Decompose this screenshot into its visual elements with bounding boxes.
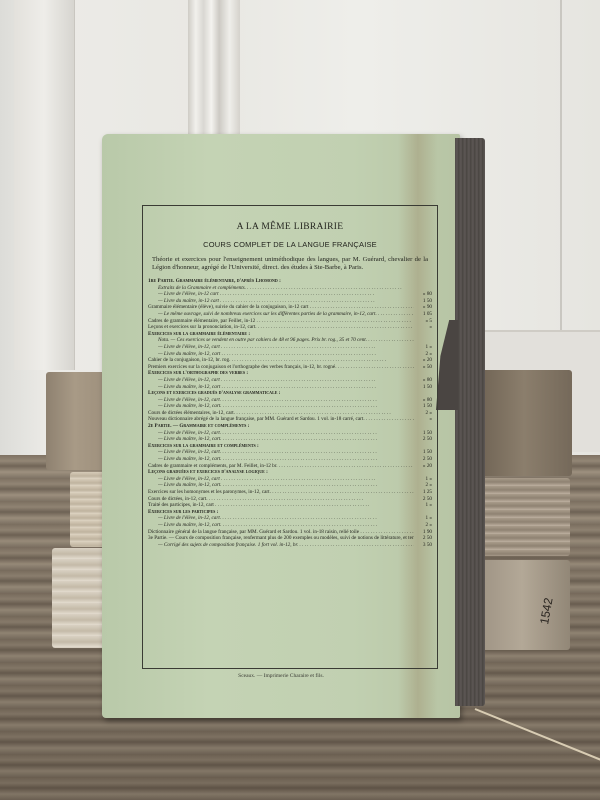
entry-title: Grammaire élémentaire (élève), suivie du… (148, 304, 414, 311)
entry-title: Exercices sur l'orthographe des verbes : (148, 370, 248, 377)
entry-price (414, 370, 432, 377)
catalog-entry: Exercices sur la grammaire élémentaire : (148, 331, 432, 338)
catalog-entry: Cahier de la conjugaison, in-12, br. rog… (148, 357, 432, 364)
entry-title: Cours de dictées élémentaires, in-12, ca… (148, 410, 391, 417)
entry-title: Dictionnaire général de la langue frança… (148, 529, 414, 536)
catalog-entry: Premiers exercices sur la conjugaison et… (148, 364, 432, 371)
catalog-entry: — Livre du maître, in-12, cart.2 » (148, 482, 432, 489)
entry-price: 2 50 (414, 436, 432, 443)
catalog-entry: — Livre de l'élève, in-12, cart.1 50 (148, 449, 432, 456)
catalog-entry: — Livre de l'élève, in-12, cart.» 80 (148, 397, 432, 404)
entry-title: Cahier de la conjugaison, in-12, br. rog… (148, 357, 386, 364)
entry-price: 1 25 (414, 489, 432, 496)
catalog-entry: — Livre de l'élève, in-12, cart.1 50 (148, 430, 432, 437)
entry-price: 1 50 (414, 384, 432, 391)
entry-price: » 80 (414, 291, 432, 298)
entry-price: 2 50 (414, 456, 432, 463)
entry-title: Nota. — Ces exercices se vendent en outr… (158, 337, 414, 344)
catalog-entry: Leçons et exercices gradués d'analyse gr… (148, 390, 432, 397)
entry-title: — Livre du maître, in-12, cart (158, 384, 376, 391)
entry-title: — Corrigé des sujets de composition fran… (158, 542, 414, 549)
entry-price (414, 443, 432, 450)
entry-price: 2 » (414, 522, 432, 529)
entry-price (414, 469, 432, 476)
entry-price: » 20 (414, 357, 432, 364)
entry-title: Cours de dictées, in-12, cart. (148, 496, 363, 503)
catalog-entry: Exercices sur l'orthographe des verbes : (148, 370, 432, 377)
entry-price: 1 50 (414, 298, 432, 305)
entry-title: — Livre du maître, in-12, cart. (158, 436, 377, 443)
entry-price: 1 » (414, 344, 432, 351)
background-book-right-bottom (474, 560, 570, 650)
entry-price (414, 331, 432, 338)
entry-price: 1 50 (414, 403, 432, 410)
entry-price: » 20 (414, 463, 432, 470)
catalog-entry: — Livre du maître, in-12, cart.2 » (148, 522, 432, 529)
entry-title: Cadres de grammaire et compléments, par … (148, 463, 414, 470)
entry-price: » 80 (414, 397, 432, 404)
catalog-entry: — Livre du maître, in-12, cart1 50 (148, 384, 432, 391)
catalog-entry: — Livre de l'élève, in-12, cart1 » (148, 476, 432, 483)
entry-title: — Livre du maître, in-12, cart. (158, 482, 377, 489)
entry-price (414, 278, 432, 285)
entry-title: Traité des participes, in-12, cart (148, 502, 369, 509)
entry-price (414, 423, 432, 430)
book-spine (455, 138, 485, 706)
entry-title: Extraits de la Grammaire et compléments. (158, 285, 402, 292)
entry-title: — Livre du maître, in-12, cart. (158, 522, 377, 529)
catalog-entry: — Livre du maître, in-12, cart2 » (148, 351, 432, 358)
entry-price: 1 05 (414, 311, 432, 318)
entry-title: — Livre du maître, in-12, cart. (158, 456, 377, 463)
catalog-entry: 1re Partie. Grammaire élémentaire, d'apr… (148, 278, 432, 285)
entry-title: Exercices sur les homonymes et les paron… (148, 489, 414, 496)
catalog-entry: — Livre de l'élève, in-12, cart» 80 (148, 377, 432, 384)
entry-title: — Livre du maître, in-12, cart (158, 351, 376, 358)
background-book-right-middle (476, 478, 570, 556)
entry-title: 3e Partie. — Cours de composition frança… (148, 535, 414, 542)
entry-title: — Livre du maître, in-12 cart (158, 298, 375, 305)
entry-title: — Le même ouvrage, suivi de nombreux exe… (158, 311, 414, 318)
entry-price: » 80 (414, 377, 432, 384)
catalog-entry: Exercices sur les participes : (148, 509, 432, 516)
entry-title: — Livre de l'élève, in-12, cart (158, 476, 375, 483)
catalog-entry: 3e Partie. — Cours de composition frança… (148, 535, 432, 542)
entry-title: Exercices sur la grammaire et complément… (148, 443, 259, 450)
catalog-entry: — Livre de l'élève, in-12, cart1 » (148, 344, 432, 351)
catalog-entry: Cadres de grammaire élémentaire, par Fei… (148, 318, 432, 325)
entry-title: — Livre du maître, in-12, cart. (158, 403, 377, 410)
catalog-entry: — Livre du maître, in-12, cart.2 50 (148, 456, 432, 463)
catalog-entry: Traité des participes, in-12, cart1 » (148, 502, 432, 509)
printer-imprint: Sceaux. — Imprimerie Charaire et fils. (102, 673, 460, 679)
entry-price: 2 » (414, 482, 432, 489)
entry-title: 2e Partie. — Grammaire et compléments : (148, 423, 249, 430)
catalog-entry: 2e Partie. — Grammaire et compléments : (148, 423, 432, 430)
catalog-entry: — Livre du maître, in-12, cart.1 50 (148, 403, 432, 410)
entry-price: 2 » (414, 351, 432, 358)
entry-title: 1re Partie. Grammaire élémentaire, d'apr… (148, 278, 281, 285)
wall-panel (14, 0, 75, 370)
entry-title: Exercices sur les participes : (148, 509, 218, 516)
entry-price: 1 50 (414, 430, 432, 437)
entry-price (414, 285, 432, 292)
entry-title: Cadres de grammaire élémentaire, par Fei… (148, 318, 411, 325)
catalog-entry: — Livre du maître, in-12, cart.2 50 (148, 436, 432, 443)
entry-title: — Livre de l'élève, in-12, cart. (158, 397, 377, 404)
catalog-entry: Dictionnaire général de la langue frança… (148, 529, 432, 536)
entry-price: 2 » (414, 410, 432, 417)
catalog-entry: — Livre du maître, in-12 cart1 50 (148, 298, 432, 305)
catalog-entry: — Le même ouvrage, suivi de nombreux exe… (148, 311, 432, 318)
entry-title: — Livre de l'élève, in-12, cart. (158, 449, 377, 456)
entry-price: » (414, 416, 432, 423)
entry-price: 2 50 (414, 535, 432, 542)
catalog-entry: Nouveau dictionnaire abrégé de la langue… (148, 416, 432, 423)
entry-title: Leçons et exercices gradués d'analyse gr… (148, 390, 280, 397)
catalog-entry: Exercices sur la grammaire et complément… (148, 443, 432, 450)
catalog-entry: Cours de dictées, in-12, cart.2 50 (148, 496, 432, 503)
catalog-entry: Cadres de grammaire et compléments, par … (148, 463, 432, 470)
entry-price: 1 50 (414, 449, 432, 456)
series-title: COURS COMPLET DE LA LANGUE FRANÇAISE (148, 240, 432, 249)
intro-paragraph: Théorie et exercices pour l'enseignement… (148, 256, 432, 272)
entry-title: — Livre de l'élève, in-12, cart (158, 344, 375, 351)
entry-title: Leçons et exercices sur la prononciation… (148, 324, 412, 331)
entry-title: Leçons graduées et exercices d'analyse l… (148, 469, 268, 476)
catalog-list: 1re Partie. Grammaire élémentaire, d'apr… (148, 278, 432, 548)
entry-title: — Livre de l'élève, in-12, cart (158, 377, 375, 384)
entry-price: 1 90 (414, 529, 432, 536)
catalog-entry: — Livre de l'élève, in-12, cart.1 » (148, 515, 432, 522)
entry-title: — Livre de l'élève, in-12 cart (158, 291, 374, 298)
entry-price (414, 509, 432, 516)
entry-title: Exercices sur la grammaire élémentaire : (148, 331, 250, 338)
catalog-entry: — Corrigé des sujets de composition fran… (148, 542, 432, 549)
catalog-entry: Exercices sur les homonymes et les paron… (148, 489, 432, 496)
entry-price: » 90 (414, 304, 432, 311)
catalog-entry: Leçons et exercices sur la prononciation… (148, 324, 432, 331)
entry-price: » (414, 324, 432, 331)
catalog-entry: Grammaire élémentaire (élève), suivie du… (148, 304, 432, 311)
entry-title: — Livre de l'élève, in-12, cart. (158, 515, 377, 522)
catalog-entry: — Livre de l'élève, in-12 cart» 80 (148, 291, 432, 298)
catalog-entry: Nota. — Ces exercices se vendent en outr… (148, 337, 432, 344)
cover-text: A LA MÊME LIBRAIRIE COURS COMPLET DE LA … (148, 222, 432, 548)
publisher-heading: A LA MÊME LIBRAIRIE (148, 222, 432, 232)
entry-price: 2 50 (414, 496, 432, 503)
catalog-entry: Cours de dictées élémentaires, in-12, ca… (148, 410, 432, 417)
entry-price: » 50 (414, 364, 432, 371)
entry-price: 3 50 (414, 542, 432, 549)
entry-price: » 5 (414, 318, 432, 325)
background-book-right-top (476, 370, 572, 476)
entry-title: Premiers exercices sur la conjugaison et… (148, 364, 414, 371)
catalog-entry: Extraits de la Grammaire et compléments. (148, 285, 432, 292)
entry-title: — Livre de l'élève, in-12, cart. (158, 430, 377, 437)
entry-price: 1 » (414, 515, 432, 522)
catalog-entry: Leçons graduées et exercices d'analyse l… (148, 469, 432, 476)
entry-title: Nouveau dictionnaire abrégé de la langue… (148, 416, 414, 423)
entry-price: 1 » (414, 476, 432, 483)
entry-price (414, 390, 432, 397)
wall-crack (560, 0, 562, 330)
entry-price: 1 » (414, 502, 432, 509)
entry-price (414, 337, 432, 344)
wall-molding (188, 0, 240, 135)
